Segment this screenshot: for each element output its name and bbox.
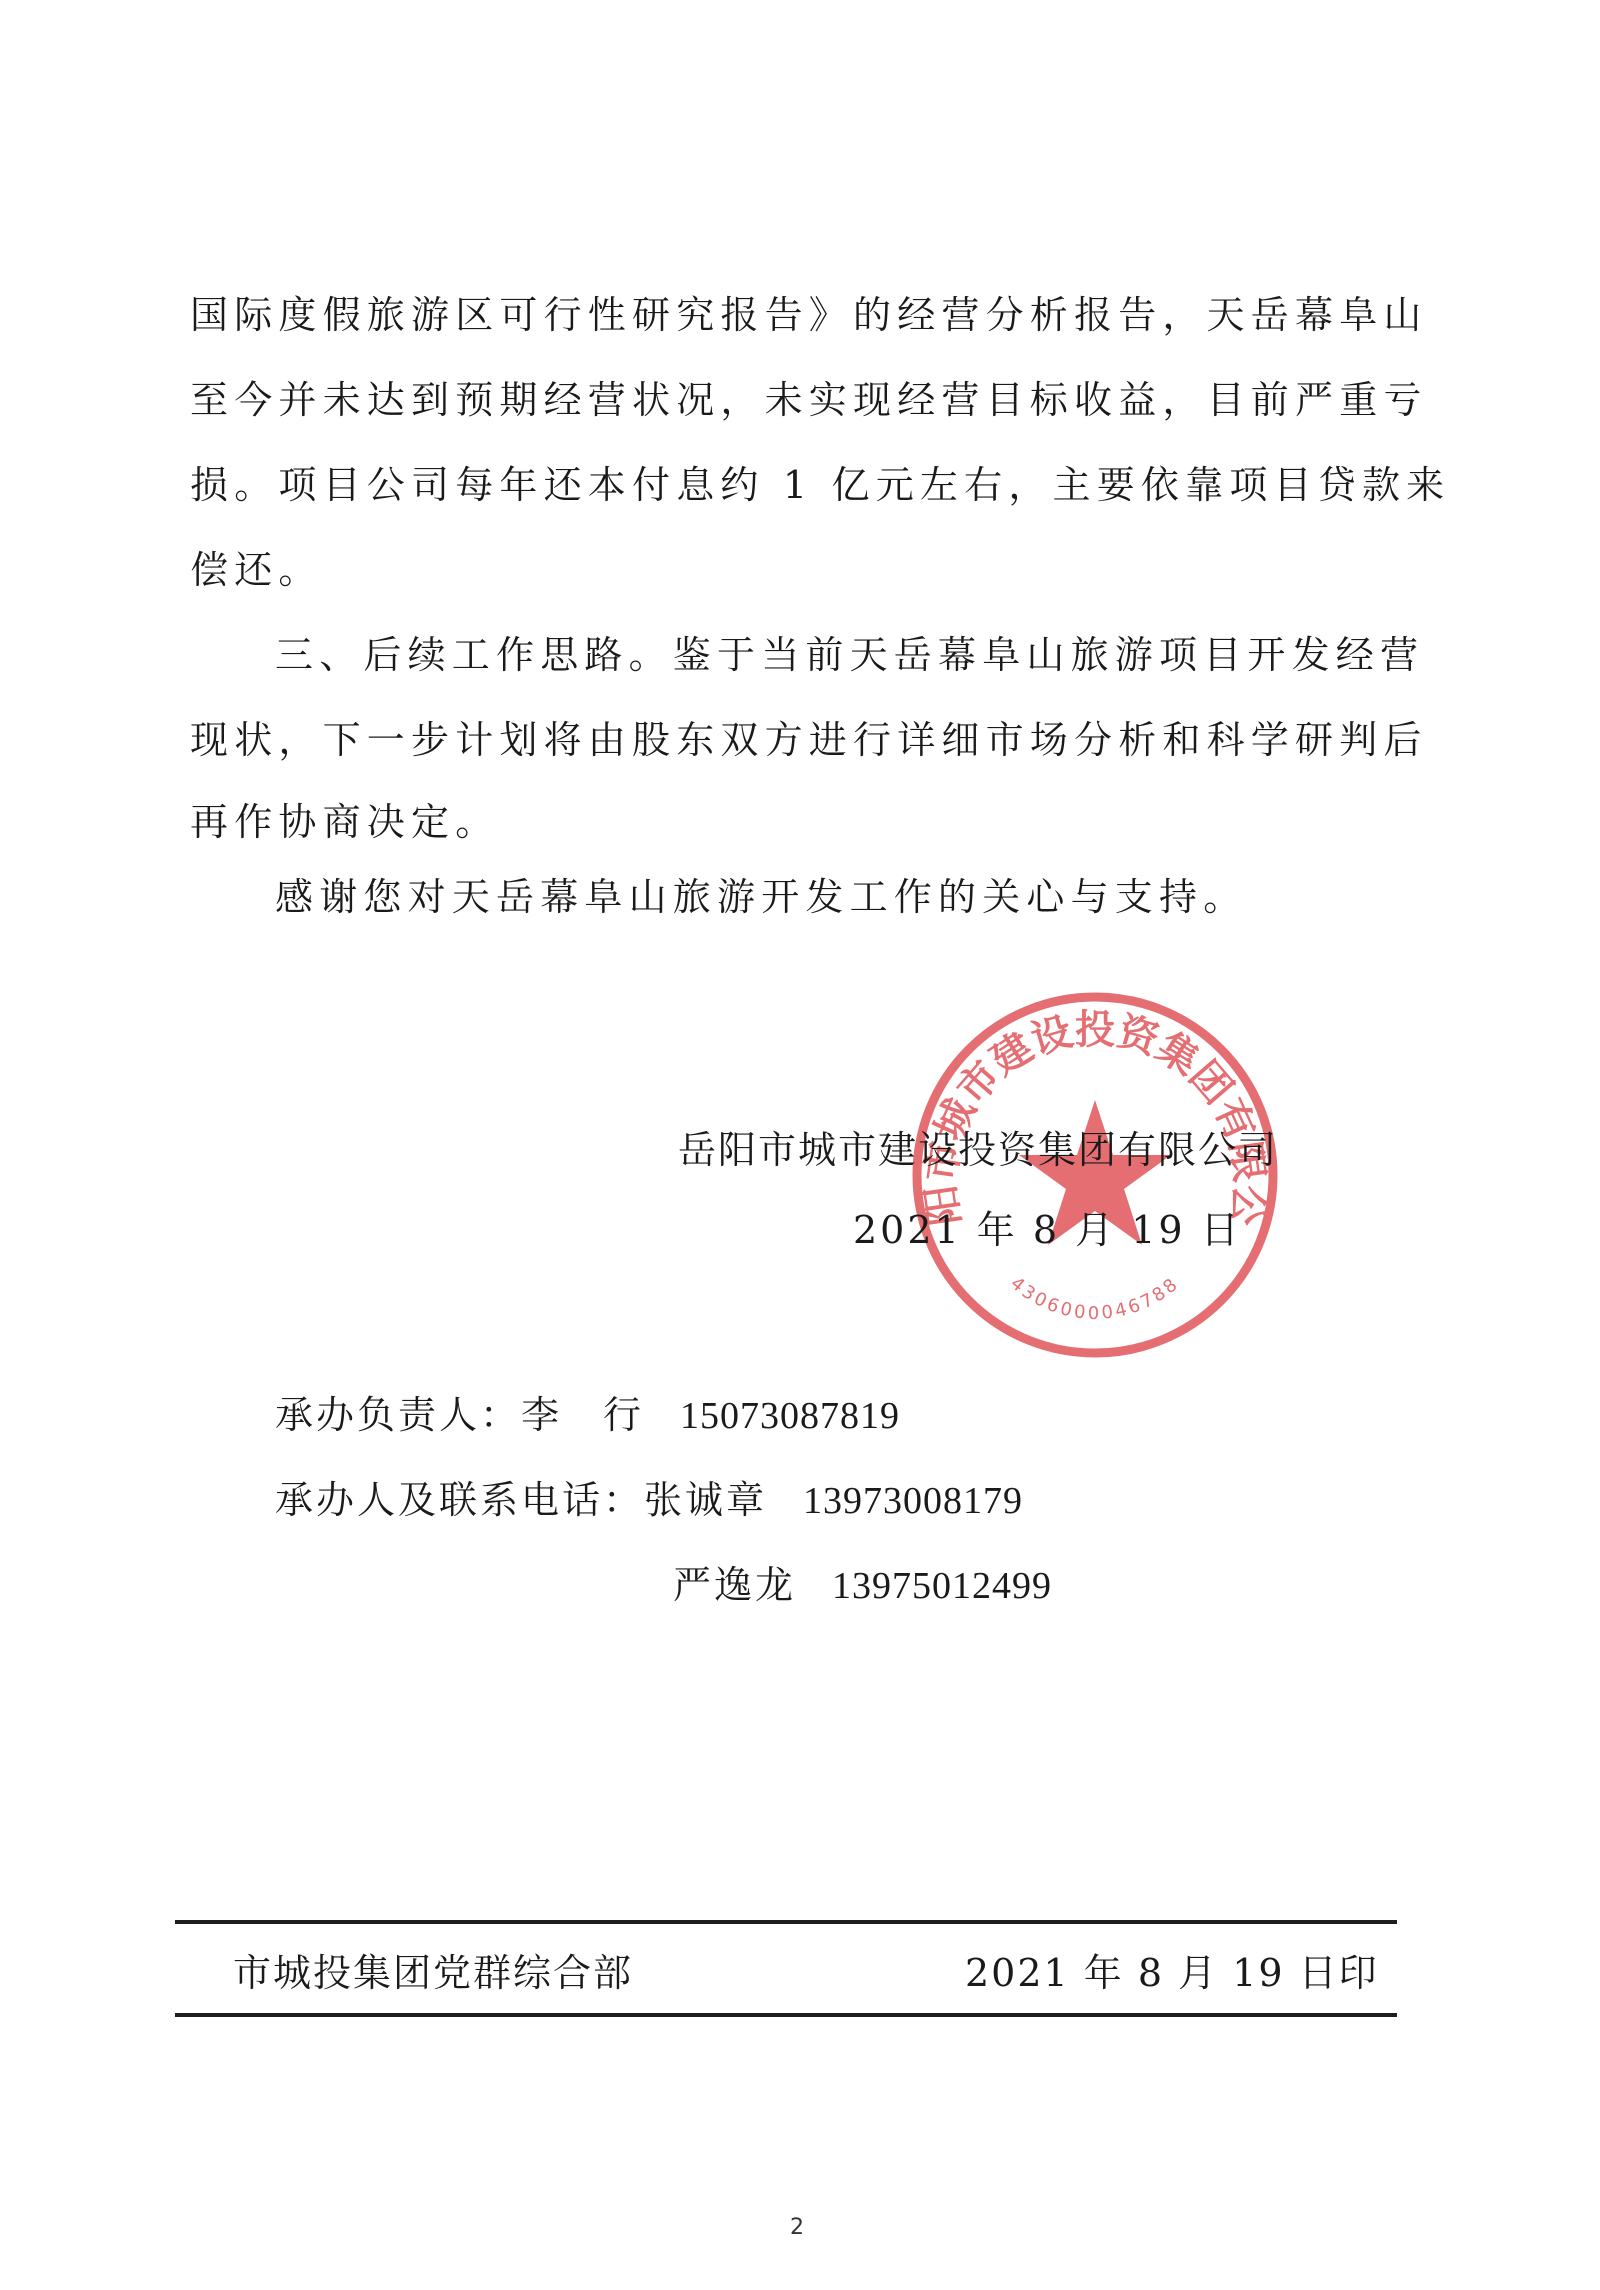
official-seal-icon: 岳阳市城市建设投资集团有限公司 4306000046788: [905, 985, 1285, 1365]
footer-print-date: 2021 年 8 月 19 日印: [965, 1948, 1379, 1998]
body-line: 至今并未达到预期经营状况，未实现经营目标收益，目前严重亏: [190, 375, 1405, 425]
contact-name: 张诚章: [644, 1478, 767, 1522]
body-line: 损。项目公司每年还本付息约 1 亿元左右，主要依靠项目贷款来: [190, 460, 1405, 510]
contact-row: 承办负责人：李 行15073087819: [275, 1390, 900, 1441]
contact-phone: 13973008179: [803, 1480, 1023, 1522]
body-line: 偿还。: [190, 545, 1405, 595]
footer-top-rule: [175, 1920, 1397, 1924]
signature-organization: 岳阳市城市建设投资集团有限公司: [678, 1125, 1278, 1175]
contact-name: 严逸龙: [673, 1563, 796, 1607]
body-line: 国际度假旅游区可行性研究报告》的经营分析报告，天岳幕阜山: [190, 290, 1405, 340]
svg-text:4306000046788: 4306000046788: [1006, 1273, 1184, 1324]
contact-name: 李 行: [521, 1393, 644, 1437]
signature-date: 2021 年 8 月 19 日: [853, 1205, 1242, 1255]
page-number: 2: [790, 2215, 804, 2240]
contact-row: 承办人及联系电话：张诚章13973008179: [275, 1475, 1023, 1526]
closing-line: 感谢您对天岳幕阜山旅游开发工作的关心与支持。: [275, 872, 1405, 922]
document-page: 国际度假旅游区可行性研究报告》的经营分析报告，天岳幕阜山 至今并未达到预期经营状…: [0, 0, 1600, 2290]
body-line: 再作协商决定。: [190, 797, 1405, 847]
contact-phone: 15073087819: [680, 1395, 900, 1437]
body-line: 三、后续工作思路。鉴于当前天岳幕阜山旅游项目开发经营: [275, 630, 1405, 680]
contact-label: 承办负责人：: [275, 1393, 521, 1437]
contact-phone: 13975012499: [832, 1565, 1052, 1607]
footer-bottom-rule: [175, 2013, 1397, 2017]
contact-row: 严逸龙13975012499: [673, 1560, 1052, 1611]
body-line: 现状，下一步计划将由股东双方进行详细市场分析和科学研判后: [190, 715, 1405, 765]
contact-label: 承办人及联系电话：: [275, 1478, 644, 1522]
footer-department: 市城投集团党群综合部: [233, 1948, 633, 1998]
